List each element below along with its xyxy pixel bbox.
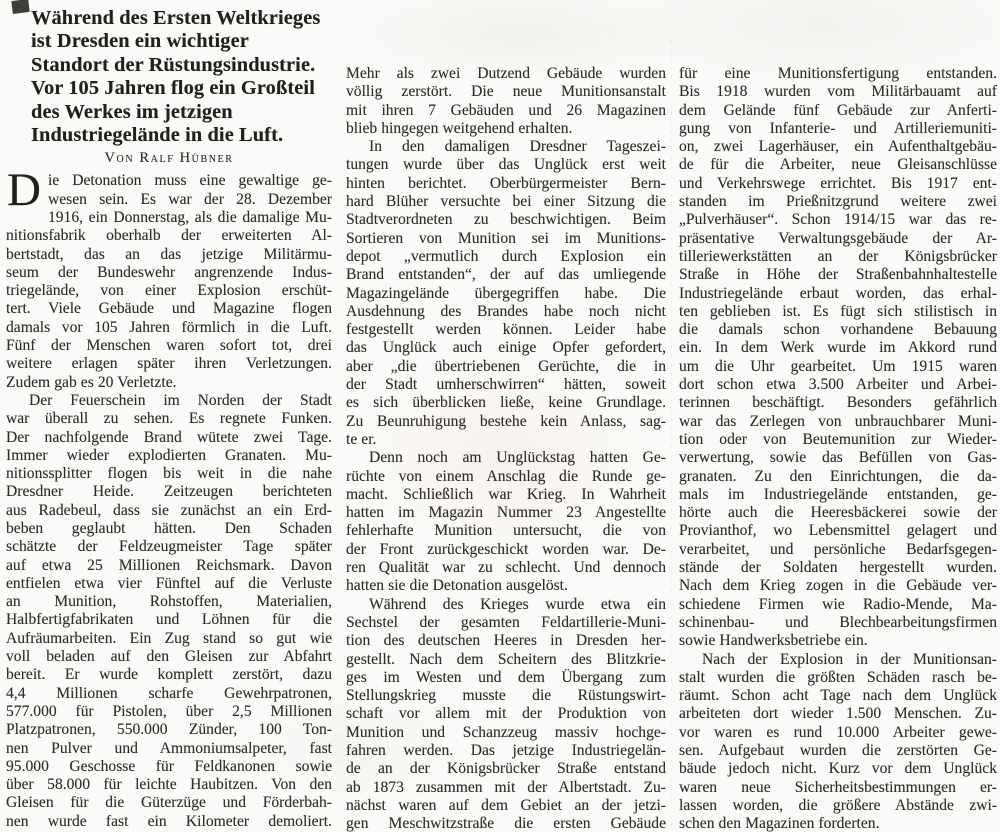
text-line: Immer wieder explodierten Granaten. Mu- xyxy=(6,447,332,465)
article-column-2: Mehr als zwei Dutzend Gebäude wurdenvöll… xyxy=(346,65,666,832)
text-line: granaten. Zu den Einrichtungen, die da- xyxy=(679,468,997,486)
text-line: standen im Prießnitzgrund weitere zwei xyxy=(679,193,997,211)
text-line: gung von Infanterie- und Artilleriemunit… xyxy=(679,120,997,138)
text-line: das Unglück auch einige Opfer gefordert, xyxy=(346,339,666,357)
text-line: Der Feuerschein im Norden der Stadt xyxy=(6,392,332,410)
text-line: 1916, ein Donnerstag, als die damalige M… xyxy=(48,209,332,227)
article-column-3: für eine Munitionsfertigung entstanden.B… xyxy=(679,65,997,832)
text-line: der Stadt umherschwirren“ hätten, soweit xyxy=(346,376,666,394)
text-line: hinten berichtet. Oberbürgermeister Bern… xyxy=(346,175,666,193)
text-line: vor waren es rund 10.000 Arbeiter gewe- xyxy=(679,724,997,742)
text-line: war das Zerlegen von unbrauchbarer Muni- xyxy=(679,413,997,431)
text-line: nächst waren auf dem Gebiet an der jetzi… xyxy=(346,797,666,815)
text-line: Nach der Explosion in der Munitionsan- xyxy=(679,651,997,669)
text-line: Magazingelände übergegriffen habe. Die xyxy=(346,285,666,303)
text-line: entfielen etwa vier Fünftel auf die Verl… xyxy=(6,575,332,593)
text-line: schätzte der Feldzeugmeister Tage später xyxy=(6,538,332,556)
text-line: hörte auch die Heeresbäckerei sowie der xyxy=(679,504,997,522)
text-line: und Verkehrswege errichtet. Bis 1917 ent… xyxy=(679,175,997,193)
text-line: Provianthof, wo Lebensmittel gelagert un… xyxy=(679,522,997,540)
text-line: schinenbau- und Blechbearbeitungsfirmen xyxy=(679,614,997,632)
text-line: nitionssplitter flogen bis weit in die n… xyxy=(6,465,332,483)
text-line: Sechstel der gesamten Feldartillerie-Mun… xyxy=(346,614,666,632)
text-line: beben geglaubt hätten. Den Schaden xyxy=(6,520,332,538)
text-line: präsentative Verwaltungsgebäude der Ar- xyxy=(679,230,997,248)
text-line: on, zwei Lagerhäuser, ein Aufenthaltgebä… xyxy=(679,138,997,156)
text-line: blieb hingegen weitgehend erhalten. xyxy=(346,120,666,138)
lead-line: Vor 105 Jahren flog ein Großteil xyxy=(31,77,332,100)
text-line: hatten im Magazin Nummer 23 Angestellte xyxy=(346,504,666,522)
article-lead: Während des Ersten Weltkriegesist Dresde… xyxy=(6,7,332,147)
column-gutter xyxy=(671,40,672,832)
text-line: dort schon etwa 3.500 Arbeiter und Arbei… xyxy=(679,376,997,394)
text-line: Stellungskrieg musste die Rüstungswirt- xyxy=(346,687,666,705)
text-line: mit ihren 7 Gebäuden und 26 Magazinen xyxy=(346,102,666,120)
text-line: de für die Arbeiter, neue Gleisanschlüss… xyxy=(679,156,997,174)
text-line: de an der Königsbrücker Straße entstand xyxy=(346,760,666,778)
text-line: tilleriewerkstätten an der Königsbrücker xyxy=(679,248,997,266)
text-line: die damals schon vorhandene Bebauung xyxy=(679,321,997,339)
text-line: ges im Westen und dem Übergang zum xyxy=(346,669,666,687)
text-line: bereit. Er wurde komplett zerstört, dazu xyxy=(6,666,332,684)
lead-line: Industriegelände in die Luft. xyxy=(31,124,332,147)
text-line: tungen wurde über das Unglück erst weit xyxy=(346,156,666,174)
text-line: wesen sein. Es war der 28. Dezember xyxy=(48,191,332,209)
text-line: Denn noch am Unglückstag hatten Ge- xyxy=(346,449,666,467)
text-line: 95.000 Geschosse für Feldkanonen sowie xyxy=(6,758,332,776)
text-line: Industriegelände erbaut worden, das erha… xyxy=(679,285,997,303)
text-line: tert. Viele Gebäude und Magazine flogen xyxy=(6,300,332,318)
text-line: Halbfertigfabrikaten und Löhnen für die xyxy=(6,611,332,629)
text-line: der Front zurückgeschickt worden war. De… xyxy=(346,541,666,559)
text-line: nen wurde fast ein Kilometer demoliert. xyxy=(6,813,332,831)
text-line: Dresdner Heide. Zeitzeugen berichteten xyxy=(6,483,332,501)
lead-line: des Werkes im jetzigen xyxy=(31,101,332,124)
lead-line: Während des Ersten Weltkrieges xyxy=(31,7,332,30)
text-line: Aufräumarbeiten. Ein Zug stand so gut wi… xyxy=(6,630,332,648)
newspaper-article-scan: Während des Ersten Weltkriegesist Dresde… xyxy=(0,0,1000,832)
text-line: Zu Beunruhigung bestehe kein Anlass, sag… xyxy=(346,413,666,431)
text-line: Nach dem Krieg zogen in die Gebäude ver- xyxy=(679,577,997,595)
text-line: Bis 1918 wurden vom Militärbauamt auf xyxy=(679,83,997,101)
text-line: Während des Krieges wurde etwa ein xyxy=(346,596,666,614)
text-line: Stadtverordneten zu beschwichtigen. Beim xyxy=(346,211,666,229)
text-line: bertstadt, das an das jetzige Militärmu- xyxy=(6,246,332,264)
text-line: gestellt. Nach dem Scheitern des Blitzkr… xyxy=(346,651,666,669)
text-line: rüchte von einem Anschlag die Runde ge- xyxy=(346,468,666,486)
text-line: 577.000 für Pistolen, über 2,5 Millionen xyxy=(6,703,332,721)
text-line: lassen worden, die größere Abstände zwi- xyxy=(679,797,997,815)
text-line: Munition und Schanzzeug massiv hochge- xyxy=(346,724,666,742)
lead-line: ist Dresden ein wichtiger xyxy=(31,30,332,53)
text-line: seum der Bundeswehr angrenzende Indus- xyxy=(6,264,332,282)
text-line: stalt wurden die größten Schäden rasch b… xyxy=(679,669,997,687)
text-line: an Munition, Rohstoffen, Materialien, xyxy=(6,593,332,611)
text-line: festgestellt werden können. Leider habe xyxy=(346,321,666,339)
text-line: arbeiteten dort wieder 1.500 Menschen. Z… xyxy=(679,705,997,723)
text-line: tion oder von Beutemunition zur Wieder- xyxy=(679,431,997,449)
text-line: ein. In dem Werk wurde im Akkord rund xyxy=(679,339,997,357)
text-line: hatten sie die Detonation ausgelöst. xyxy=(346,577,666,595)
text-line: damals vor 105 Jahren förmlich in die Lu… xyxy=(6,319,332,337)
text-line: fahren werden. Das jetzige Industriegelä… xyxy=(346,742,666,760)
text-line: für eine Munitionsfertigung entstanden. xyxy=(679,65,997,83)
text-line: gen Meschwitzstraße die ersten Gebäude xyxy=(346,815,666,832)
text-line: Straße in Höhe der Straßenbahnhaltestell… xyxy=(679,266,997,284)
text-line: räumt. Schon acht Tage nach dem Unglück xyxy=(679,687,997,705)
text-line: Ausdehnung des Brandes habe noch nicht xyxy=(346,303,666,321)
text-line: In den damaligen Dresdner Tageszei- xyxy=(346,138,666,156)
text-line: Der nachfolgende Brand wütete zwei Tage. xyxy=(6,429,332,447)
text-line: ie Detonation muss eine gewaltige ge- xyxy=(48,172,332,190)
text-line: mals im Industriegelände entstanden, ge- xyxy=(679,486,997,504)
text-line: Mehr als zwei Dutzend Gebäude wurden xyxy=(346,65,666,83)
text-line: waren neue Sicherheitsbestimmungen er- xyxy=(679,779,997,797)
text-line: völlig zerstört. Die neue Munitionsansta… xyxy=(346,83,666,101)
text-line: war überall zu sehen. Es regnete Funken. xyxy=(6,410,332,428)
article-column-1: Während des Ersten Weltkriegesist Dresde… xyxy=(6,7,332,831)
text-line: Gleisen für die Güterzüge und Förderbah- xyxy=(6,794,332,812)
text-line: depot „vermutlich durch Explosion ein xyxy=(346,248,666,266)
text-line: nitionsfabrik oberhalb der erweiterten A… xyxy=(6,227,332,245)
text-line: sen. Aufgebaut wurden die zerstörten Ge- xyxy=(679,742,997,760)
text-line: fehlerhafte Munition untersucht, die von xyxy=(346,522,666,540)
column-gutter xyxy=(338,40,339,832)
text-line: verwertung, sowie das Befüllen von Gas- xyxy=(679,449,997,467)
text-line: schaft vor allem mit der Produktion von xyxy=(346,705,666,723)
text-line: Brand entstanden“, der auf das umliegend… xyxy=(346,266,666,284)
text-line: „Pulverhäuser“. Schon 1914/15 war das re… xyxy=(679,211,997,229)
dropcap: D xyxy=(6,172,48,210)
text-line: es sich überblicken ließe, keine Grundla… xyxy=(346,394,666,412)
text-line: voll beladen auf den Gleisen zur Abfahrt xyxy=(6,648,332,666)
text-line: um die Uhr gearbeitet. Um 1915 waren xyxy=(679,358,997,376)
text-line: verarbeitet, und persönliche Bedarfsgege… xyxy=(679,541,997,559)
text-line: schen den Magazinen forderten. xyxy=(679,815,997,832)
text-line: ren Qualität war zu schlecht. Und dennoc… xyxy=(346,559,666,577)
text-line: macht. Schließlich war Krieg. In Wahrhei… xyxy=(346,486,666,504)
article-byline: Von Ralf Hübner xyxy=(6,150,332,167)
text-line: weitere erlagen später ihren Verletzunge… xyxy=(6,355,332,373)
text-line: tion des deutschen Heeres in Dresden her… xyxy=(346,632,666,650)
text-line: nen Pulver und Ammoniumsalpeter, fast xyxy=(6,740,332,758)
text-line: bäude jedoch nicht. Kurz vor dem Unglück xyxy=(679,760,997,778)
text-line: aber „die übertriebenen Gerüchte, die in xyxy=(346,358,666,376)
text-line: hard Blüher versuchte bei einer Sitzung … xyxy=(346,193,666,211)
text-line: Sortieren von Munition sei im Munitions- xyxy=(346,230,666,248)
text-line: Fünf der Menschen waren sofort tot, drei xyxy=(6,337,332,355)
text-line: schiedene Firmen wie Radio-Mende, Ma- xyxy=(679,596,997,614)
text-line: Platzpatronen, 550.000 Zünder, 100 Ton- xyxy=(6,721,332,739)
text-line: sowie Handwerksbetriebe ein. xyxy=(679,632,997,650)
text-line: über 58.000 für leichte Haubitzen. Von d… xyxy=(6,776,332,794)
text-line: ten geblieben ist. Es fügt sich stilisti… xyxy=(679,303,997,321)
text-line: 4,4 Millionen scharfe Gewehrpatronen, xyxy=(6,685,332,703)
text-line: ab 1873 zusammen mit der Albertstadt. Zu… xyxy=(346,779,666,797)
text-line: te er. xyxy=(346,431,666,449)
text-line: stände der Soldaten hergestellt wurden. xyxy=(679,559,997,577)
text-line: auf etwa 25 Millionen Reichsmark. Davon xyxy=(6,557,332,575)
text-line: terinnen beschäftigt. Besonders gefährli… xyxy=(679,394,997,412)
article-body-column-1: D ie Detonation muss eine gewaltige ge-w… xyxy=(6,172,332,831)
text-line: aus Radebeul, dass sie zunächst an ein E… xyxy=(6,502,332,520)
text-line: dem Gelände fünf Gebäude zur Anferti- xyxy=(679,102,997,120)
text-line: triegelände, von einer Explosion erschüt… xyxy=(6,282,332,300)
lead-line: Standort der Rüstungsindustrie. xyxy=(31,54,332,77)
text-line: Zudem gab es 20 Verletzte. xyxy=(6,374,332,392)
